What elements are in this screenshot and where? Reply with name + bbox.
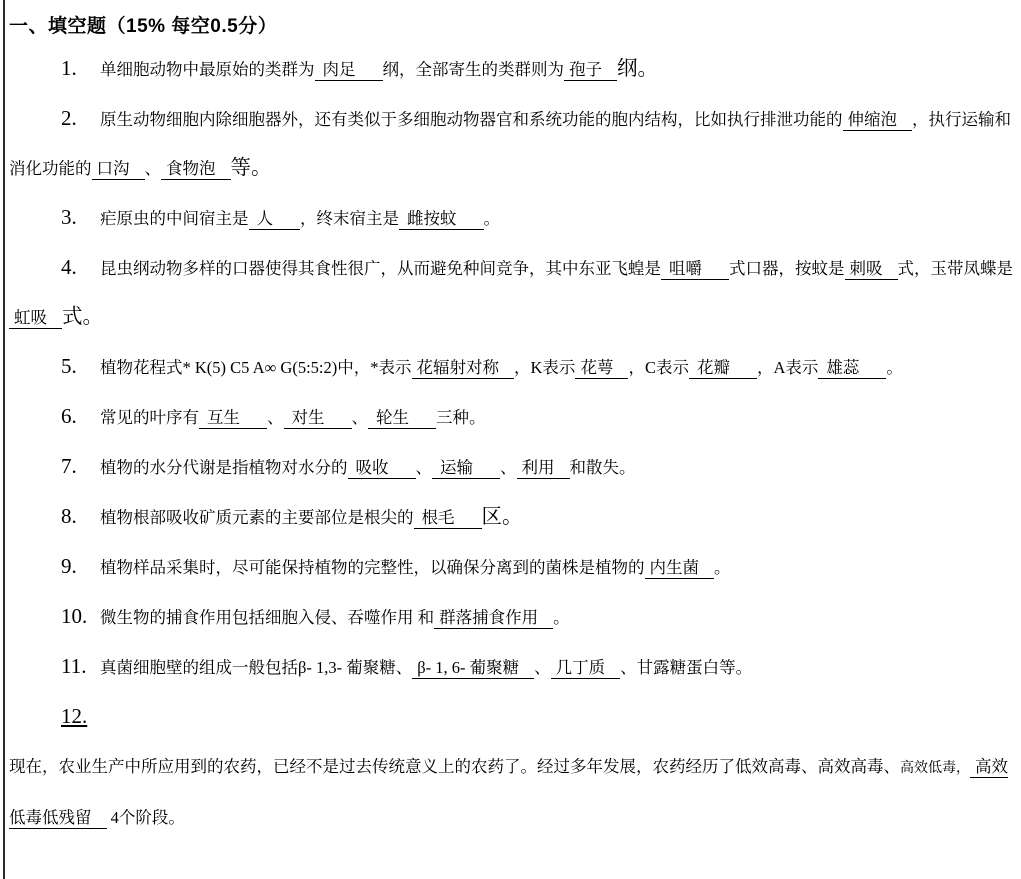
blank-answer: 群落捕食作用 (434, 608, 553, 629)
text-run: 。 (714, 558, 731, 577)
question-number: 7. (61, 442, 100, 491)
text-run: ，终末宿主是 (300, 209, 399, 228)
blank-answer: 内生菌 (645, 558, 715, 579)
text-run: 常见的叶序有 (100, 408, 199, 427)
blank-answer: 对生 (284, 408, 352, 429)
question-number: 9. (61, 542, 100, 591)
text-run: ，C表示 (628, 358, 689, 377)
question-number: 12. (61, 692, 100, 741)
text-run: 疟原虫的中间宿主是 (100, 209, 249, 228)
blank-answer: 几丁质 (551, 658, 621, 679)
blank-answer: 咀嚼 (661, 259, 729, 280)
question: 1.单细胞动物中最原始的类群为肉足纲，全部寄生的类群则为孢子纲。 (9, 44, 1013, 94)
text-run: 昆虫纲动物多样的口器使得其食性很广，从而避免种间竞争，其中东亚飞蝗是 (100, 259, 661, 278)
question: 8.植物根部吸收矿质元素的主要部位是根尖的根毛区。 (9, 492, 1013, 542)
question-list: 1.单细胞动物中最原始的类群为肉足纲，全部寄生的类群则为孢子纲。2.原生动物细胞… (9, 44, 1013, 842)
text-run: 式。 (62, 306, 103, 328)
blank-answer: 吸收 (348, 458, 416, 479)
question-number: 11. (61, 642, 100, 691)
text-run: 纲，全部寄生的类群则为 (383, 60, 565, 79)
blank-answer: 虹吸 (9, 308, 62, 329)
question: 6.常见的叶序有互生、对生、轮生三种。 (9, 392, 1013, 442)
text-run: 纲。 (617, 58, 658, 80)
text-run: 、 (267, 408, 284, 427)
question: 5.植物花程式* K(5) C5 A∞ G(5:5:2)中，*表示花辐射对称，K… (9, 342, 1013, 392)
blank-answer: 雌按蚊 (399, 209, 484, 230)
text-run: 。 (886, 358, 903, 377)
text-run: 、 (145, 159, 162, 178)
blank-answer: β- 1, 6- 葡聚糖 (412, 658, 534, 679)
blank-answer: 刺吸 (845, 259, 898, 280)
question-number: 5. (61, 342, 100, 391)
blank-answer: 利用 (517, 458, 570, 479)
blank-answer: 孢子 (564, 60, 617, 81)
question-number: 10. (61, 592, 100, 641)
blank-answer: 互生 (199, 408, 267, 429)
text-run: 、 (534, 658, 551, 677)
question-number: 4. (61, 243, 100, 292)
text-run: 三种。 (436, 408, 486, 427)
text-run: 式，玉带凤蝶是 (898, 259, 1014, 278)
text-run: 4个阶段。 (107, 808, 185, 827)
page-left-border (3, 0, 5, 879)
question: 7.植物的水分代谢是指植物对水分的吸收、运输、利用和散失。 (9, 442, 1013, 492)
exam-document: 一、填空题（15% 每空0.5分） 1.单细胞动物中最原始的类群为肉足纲，全部寄… (0, 0, 1021, 842)
text-run: 等。 (231, 157, 272, 179)
blank-answer: 花瓣 (689, 358, 757, 379)
question: 11.真菌细胞壁的组成一般包括β- 1,3- 葡聚糖、β- 1, 6- 葡聚糖、… (9, 642, 1013, 692)
text-run: ，K表示 (514, 358, 575, 377)
text-run: 微生物的捕食作用包括细胞入侵、吞噬作用 和 (100, 608, 434, 627)
blank-answer: 食物泡 (161, 159, 231, 180)
text-run: 植物根部吸收矿质元素的主要部位是根尖的 (100, 508, 414, 527)
blank-answer: 人 (249, 209, 301, 230)
question-number: 6. (61, 392, 100, 441)
blank-answer: 轮生 (368, 408, 436, 429)
text-run: 现在，农业生产中所应用到的农药，已经不是过去传统意义上的农药了。经过多年发展，农… (9, 757, 900, 776)
text-run: 。 (484, 209, 501, 228)
blank-answer: 运输 (432, 458, 500, 479)
question-number: 2. (61, 94, 100, 143)
text-run: 植物的水分代谢是指植物对水分的 (100, 458, 348, 477)
text-run: ，A表示 (757, 358, 818, 377)
text-run: 。 (553, 608, 570, 627)
text-run: 、 (500, 458, 517, 477)
question-number: 8. (61, 492, 100, 541)
question: 12. (9, 692, 1013, 742)
text-run: 原生动物细胞内除细胞器外，还有类似于多细胞动物器官和系统功能的胞内结构，比如执行… (100, 110, 843, 129)
text-run: 高效低毒， (900, 761, 970, 776)
question: 3.疟原虫的中间宿主是人，终末宿主是雌按蚊。 (9, 193, 1013, 243)
blank-answer: 根毛 (414, 508, 482, 529)
closing-paragraph: 现在，农业生产中所应用到的农药，已经不是过去传统意义上的农药了。经过多年发展，农… (9, 742, 1013, 842)
blank-answer: 雄蕊 (818, 358, 886, 379)
text-run: 和散失。 (570, 458, 636, 477)
question-number: 1. (61, 44, 100, 93)
text-run: 、甘露糖蛋白等。 (620, 658, 752, 677)
blank-answer: 花辐射对称 (412, 358, 515, 379)
blank-answer: 花萼 (575, 358, 628, 379)
text-run: 真菌细胞壁的组成一般包括β- 1,3- 葡聚糖、 (100, 658, 412, 677)
question: 4.昆虫纲动物多样的口器使得其食性很广，从而避免种间竞争，其中东亚飞蝗是咀嚼式口… (9, 243, 1013, 342)
question: 9.植物样品采集时，尽可能保持植物的完整性，以确保分离到的菌株是植物的内生菌。 (9, 542, 1013, 592)
question: 2.原生动物细胞内除细胞器外，还有类似于多细胞动物器官和系统功能的胞内结构，比如… (9, 94, 1013, 193)
question-number: 3. (61, 193, 100, 242)
question: 10.微生物的捕食作用包括细胞入侵、吞噬作用 和群落捕食作用。 (9, 592, 1013, 642)
text-run: 式口器，按蚊是 (729, 259, 845, 278)
text-run: 区。 (482, 506, 523, 528)
text-run: 、 (416, 458, 433, 477)
text-run: 植物花程式* K(5) C5 A∞ G(5:5:2)中，*表示 (100, 358, 412, 377)
blank-answer: 伸缩泡 (843, 110, 913, 131)
blank-answer: 口沟 (92, 159, 145, 180)
text-run: 植物样品采集时，尽可能保持植物的完整性，以确保分离到的菌株是植物的 (100, 558, 645, 577)
text-run: 单细胞动物中最原始的类群为 (100, 60, 315, 79)
blank-answer: 肉足 (315, 60, 383, 81)
text-run: 、 (352, 408, 369, 427)
section-title: 一、填空题（15% 每空0.5分） (9, 10, 1013, 44)
